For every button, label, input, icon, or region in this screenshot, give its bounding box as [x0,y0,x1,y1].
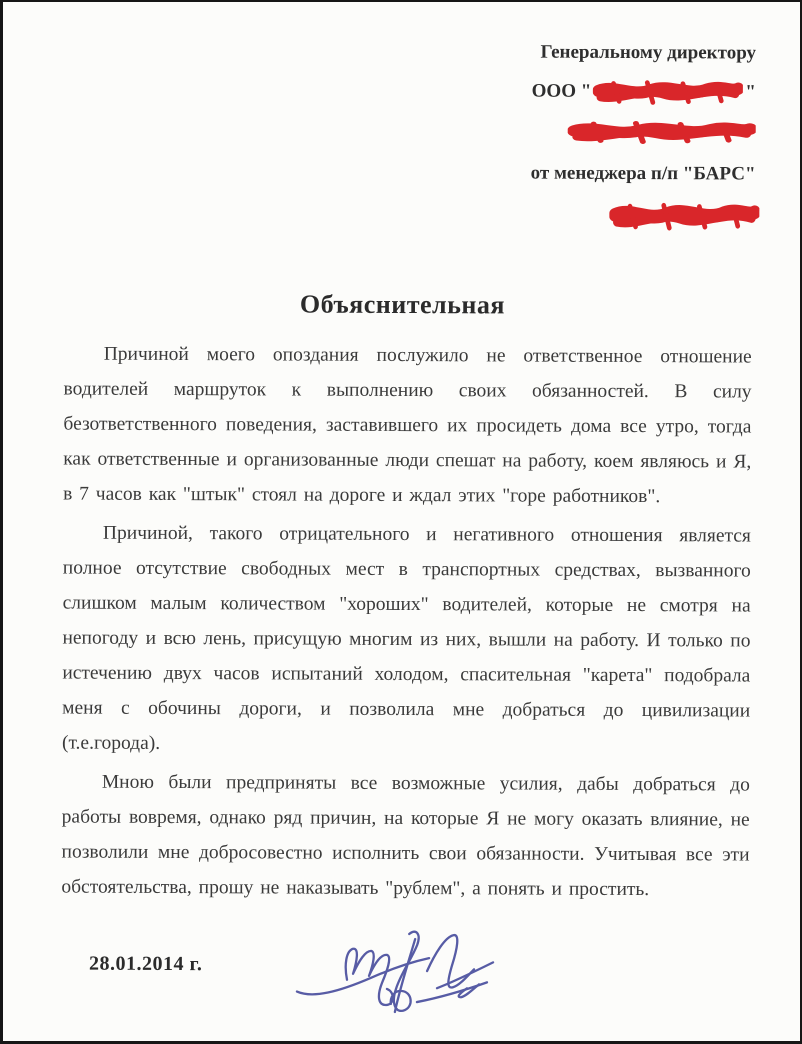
letter-header: Генеральному директору ООО " " от менедж… [530,41,756,235]
from-line: от менеджера п/п "БАРС" [531,162,756,187]
company-line: ООО " " [531,76,756,109]
signature-icon [287,907,516,1036]
paragraph-3: Мною были предприняты все возможные усил… [61,765,750,908]
redaction-line-3 [530,198,755,235]
letter-body: Причиной моего опоздания послужило не от… [61,337,751,908]
redaction-line-2 [531,117,756,148]
paragraph-2: Причиной, такого отрицательного и негати… [62,516,751,764]
addressee-line: Генеральному директору [531,41,756,66]
company-suffix-text: " [745,80,756,104]
document-content: Генеральному директору ООО " " от менедж… [1,0,802,1042]
addressee-text: Генеральному директору [540,41,756,66]
from-line-text: от менеджера п/п "БАРС" [531,162,756,187]
scanned-document: Генеральному директору ООО " " от менедж… [0,0,802,1044]
company-prefix-text: ООО " [532,80,592,104]
redaction-scribble-icon [609,198,759,235]
date-text: 28.01.2014 г. [89,953,202,976]
redaction-scribble-icon [568,117,756,148]
redaction-scribble-icon [593,76,743,109]
document-title: Объяснительная [4,288,801,321]
paragraph-1: Причиной моего опоздания послужило не от… [63,337,752,515]
